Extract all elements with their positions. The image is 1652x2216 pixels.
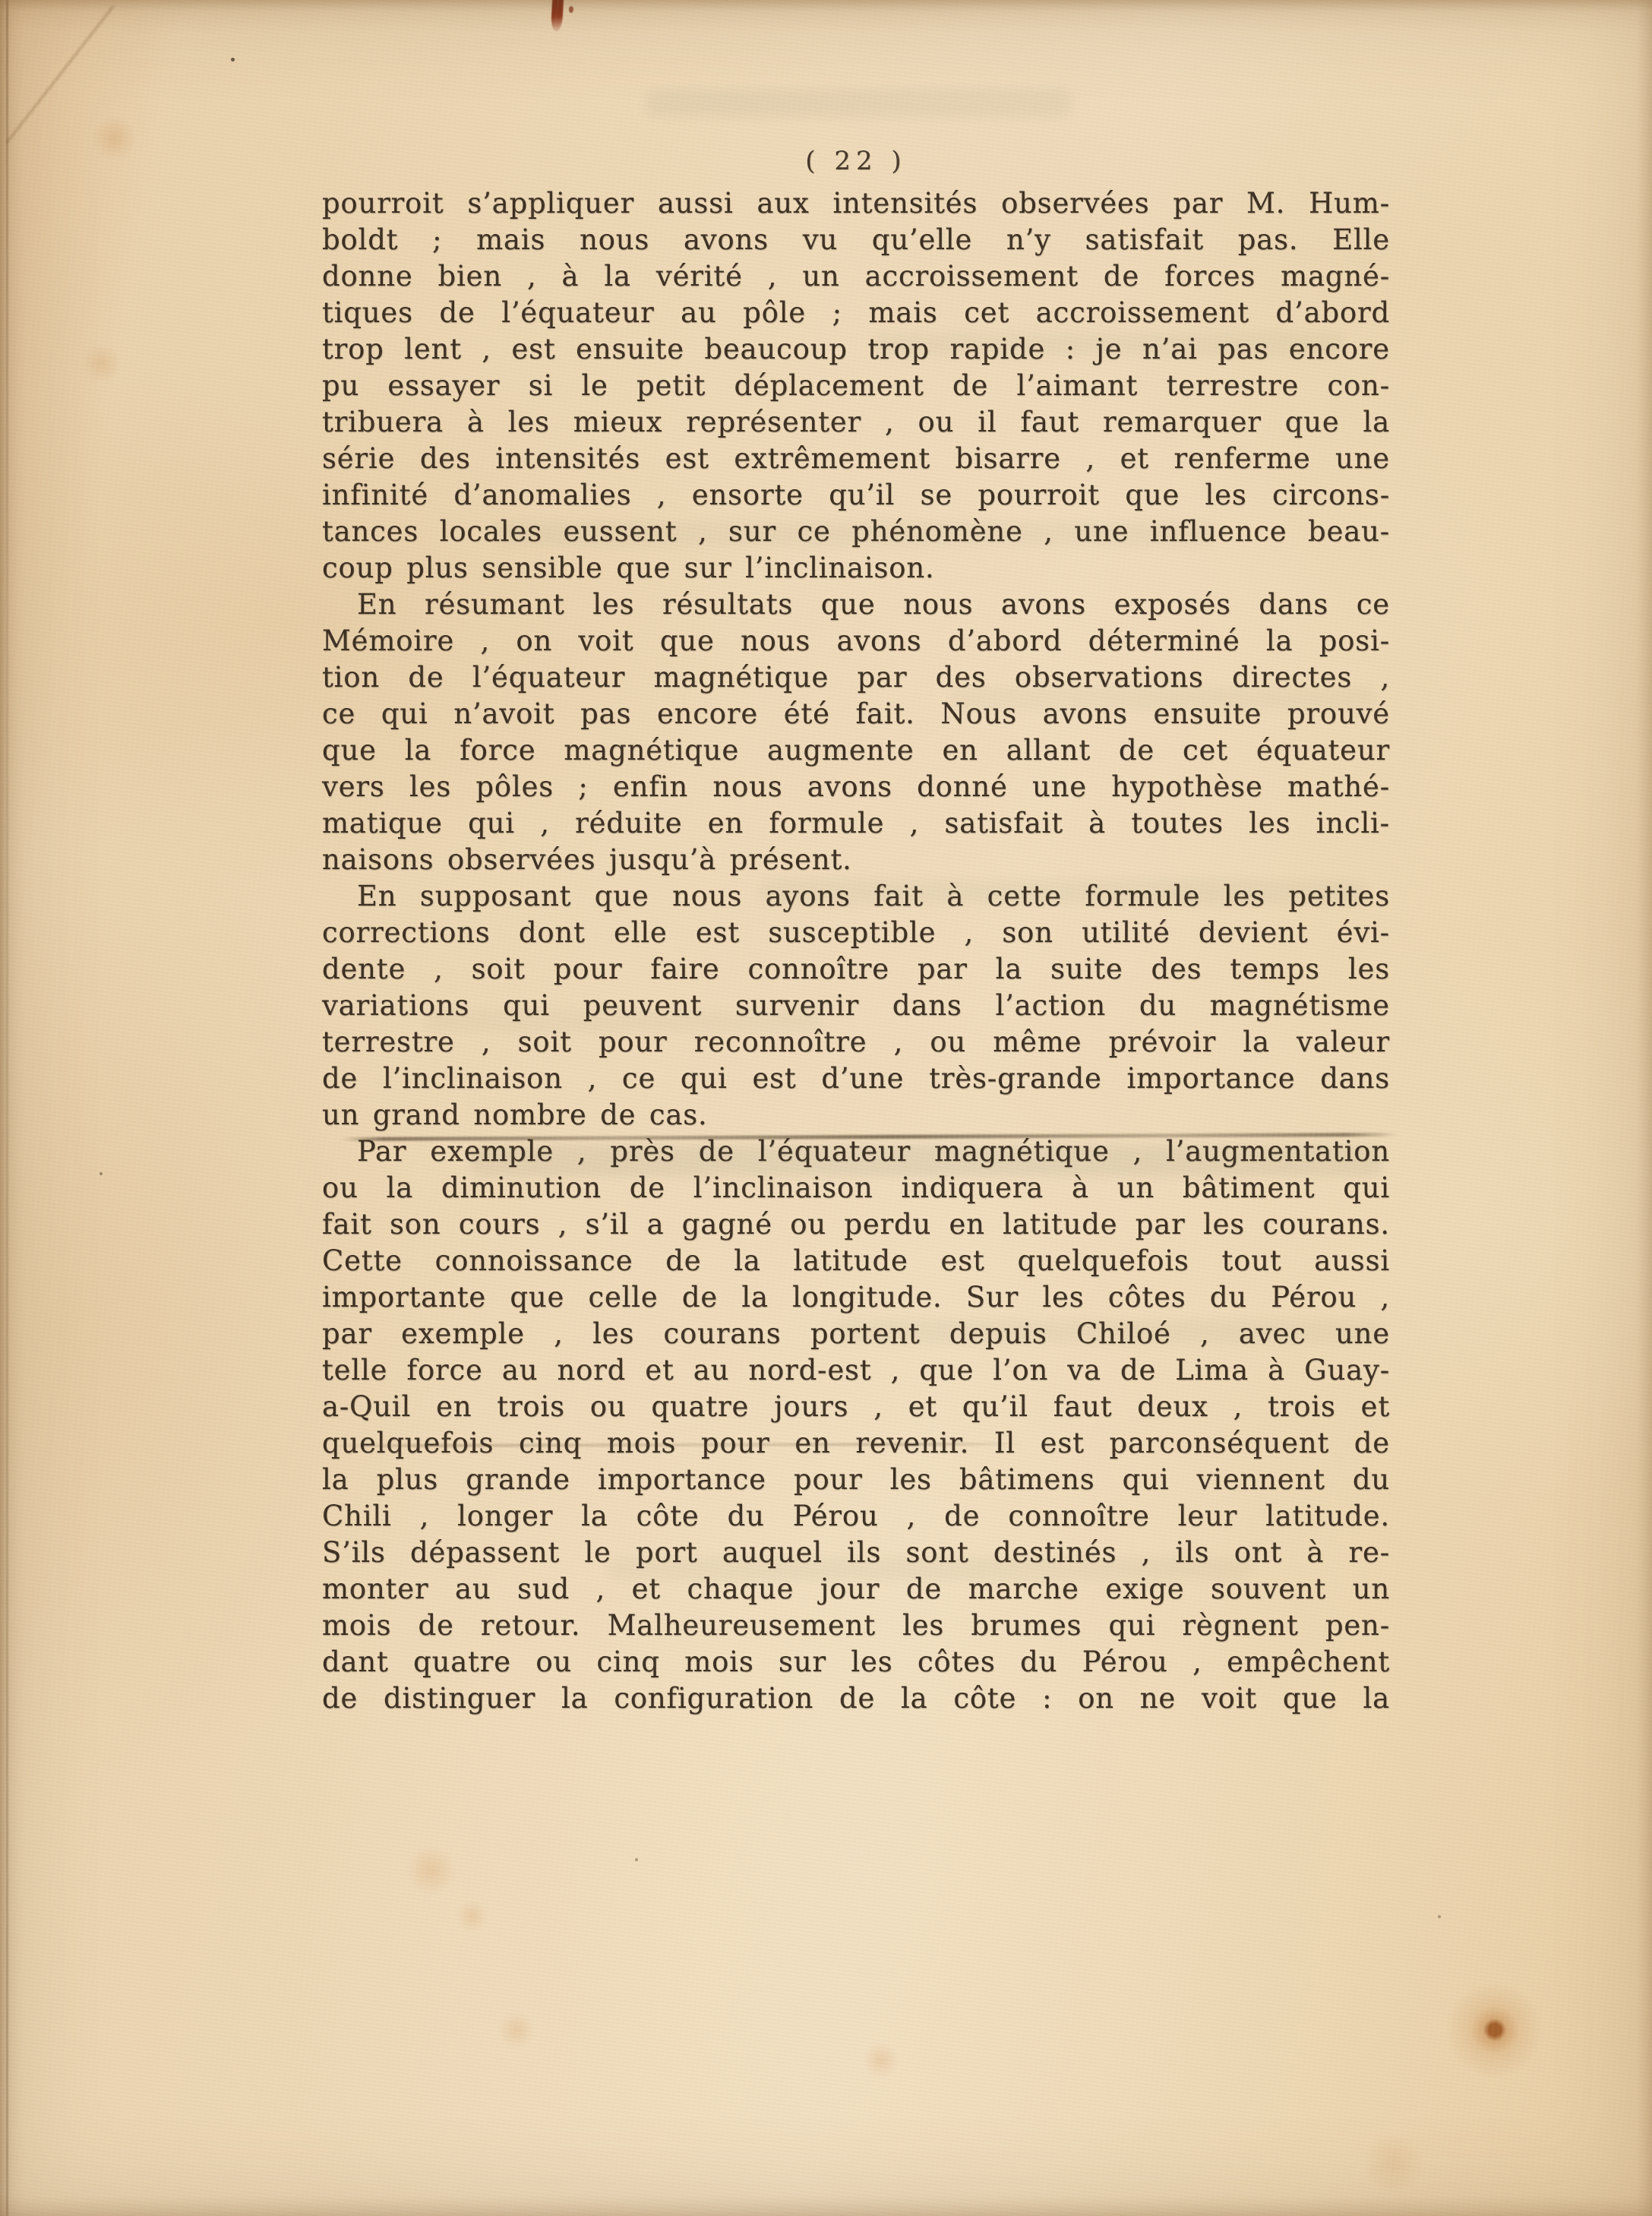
text-line: infinité d’anomalies , ensorte qu’il se …	[322, 477, 1390, 514]
foxing-spot	[863, 2042, 899, 2078]
text-line: ou la diminution de l’inclinaison indiqu…	[322, 1170, 1390, 1206]
text-line: trop lent , est ensuite beaucoup trop ra…	[322, 331, 1390, 368]
scanned-book-page: ( 22 ) pourroit s’appliquer aussi aux in…	[0, 0, 1652, 2216]
text-line: S’ils dépassent le port auquel ils sont …	[322, 1535, 1390, 1571]
text-line: Par exemple , près de l’équateur magnéti…	[322, 1133, 1390, 1170]
text-line: série des intensités est extrêmement bis…	[322, 441, 1390, 477]
paragraph: pourroit s’appliquer aussi aux intensité…	[322, 185, 1390, 586]
ink-speck	[1438, 1915, 1441, 1918]
paragraph: En supposant que nous ayons fait à cette…	[322, 878, 1390, 1133]
page-number: ( 22 )	[322, 146, 1390, 176]
text-line: boldt ; mais nous avons vu qu’elle n’y s…	[322, 222, 1390, 258]
text-line: terrestre , soit pour reconnoître , ou m…	[322, 1024, 1390, 1061]
text-line: importante que celle de la longitude. Su…	[322, 1279, 1390, 1316]
text-line: Chili , longer la côte du Pérou , de con…	[322, 1498, 1390, 1535]
text-line: donne bien , à la vérité , un accroissem…	[322, 258, 1390, 295]
foxing-spot	[1445, 1980, 1544, 2079]
text-line: Mémoire , on voit que nous avons d’abord…	[322, 623, 1390, 659]
text-line: coup plus sensible que sur l’inclinaison…	[322, 550, 1390, 586]
text-line: pu essayer si le petit déplacement de l’…	[322, 368, 1390, 404]
showthrough-smudge	[646, 90, 1071, 117]
text-line: En résumant les résultats que nous avons…	[322, 586, 1390, 623]
text-line: telle force au nord et au nord-est , que…	[322, 1352, 1390, 1389]
foxing-spot	[497, 2010, 536, 2050]
text-line: a-Quil en trois ou quatre jours , et qu’…	[322, 1389, 1390, 1425]
text-line: vers les pôles ; enfin nous avons donné …	[322, 769, 1390, 805]
text-line: monter au sud , et chaque jour de marche…	[322, 1571, 1390, 1607]
text-line: variations qui peuvent survenir dans l’a…	[322, 988, 1390, 1024]
text-line: de l’inclinaison , ce qui est d’une très…	[322, 1061, 1390, 1097]
text-line: mois de retour. Malheureusement les brum…	[322, 1607, 1390, 1644]
text-line: fait son cours , s’il a gagné ou perdu e…	[322, 1206, 1390, 1243]
text-line: la plus grande importance pour les bâtim…	[322, 1462, 1390, 1498]
text-line: naisons observées jusqu’à présent.	[322, 842, 1390, 878]
foxing-spot	[456, 1899, 489, 1933]
corner-crease	[5, 5, 115, 144]
text-line: En supposant que nous ayons fait à cette…	[322, 878, 1390, 915]
text-line: dant quatre ou cinq mois sur les côtes d…	[322, 1644, 1390, 1680]
foxing-spot	[81, 343, 121, 383]
text-line: un grand nombre de cas.	[322, 1097, 1390, 1133]
text-line: par exemple , les courans portent depuis…	[322, 1316, 1390, 1352]
text-line: ce qui n’avoit pas encore été fait. Nous…	[322, 696, 1390, 732]
paragraph: Par exemple , près de l’équateur magnéti…	[322, 1133, 1390, 1717]
red-fiber-mark	[551, 0, 564, 32]
text-line: quelquefois cinq mois pour en revenir. I…	[322, 1425, 1390, 1462]
left-edge-crease	[6, 0, 8, 2216]
text-line: pourroit s’appliquer aussi aux intensité…	[322, 185, 1390, 222]
text-line: tiques de l’équateur au pôle ; mais cet …	[322, 295, 1390, 331]
foxing-spot	[406, 1845, 457, 1896]
paragraph: En résumant les résultats que nous avons…	[322, 586, 1390, 878]
foxing-spot	[91, 115, 137, 161]
body-text: pourroit s’appliquer aussi aux intensité…	[322, 185, 1390, 1717]
ink-speck	[231, 58, 235, 62]
text-line: corrections dont elle est susceptible , …	[322, 915, 1390, 951]
text-line: tances locales eussent , sur ce phénomèn…	[322, 514, 1390, 550]
text-line: dente , soit pour faire connoître par la…	[322, 951, 1390, 988]
text-line: que la force magnétique augmente en alla…	[322, 732, 1390, 769]
text-line: Cette connoissance de la latitude est qu…	[322, 1243, 1390, 1279]
text-line: matique qui , réduite en formule , satis…	[322, 805, 1390, 842]
ink-speck	[635, 1858, 638, 1861]
text-line: tribuera à les mieux représenter , ou il…	[322, 404, 1390, 441]
foxing-spot	[1363, 2133, 1424, 2194]
red-fiber-mark	[569, 6, 573, 13]
text-line: de distinguer la configuration de la côt…	[322, 1680, 1390, 1717]
text-line: tion de l’équateur magnétique par des ob…	[322, 659, 1390, 696]
ink-speck	[99, 1172, 103, 1175]
